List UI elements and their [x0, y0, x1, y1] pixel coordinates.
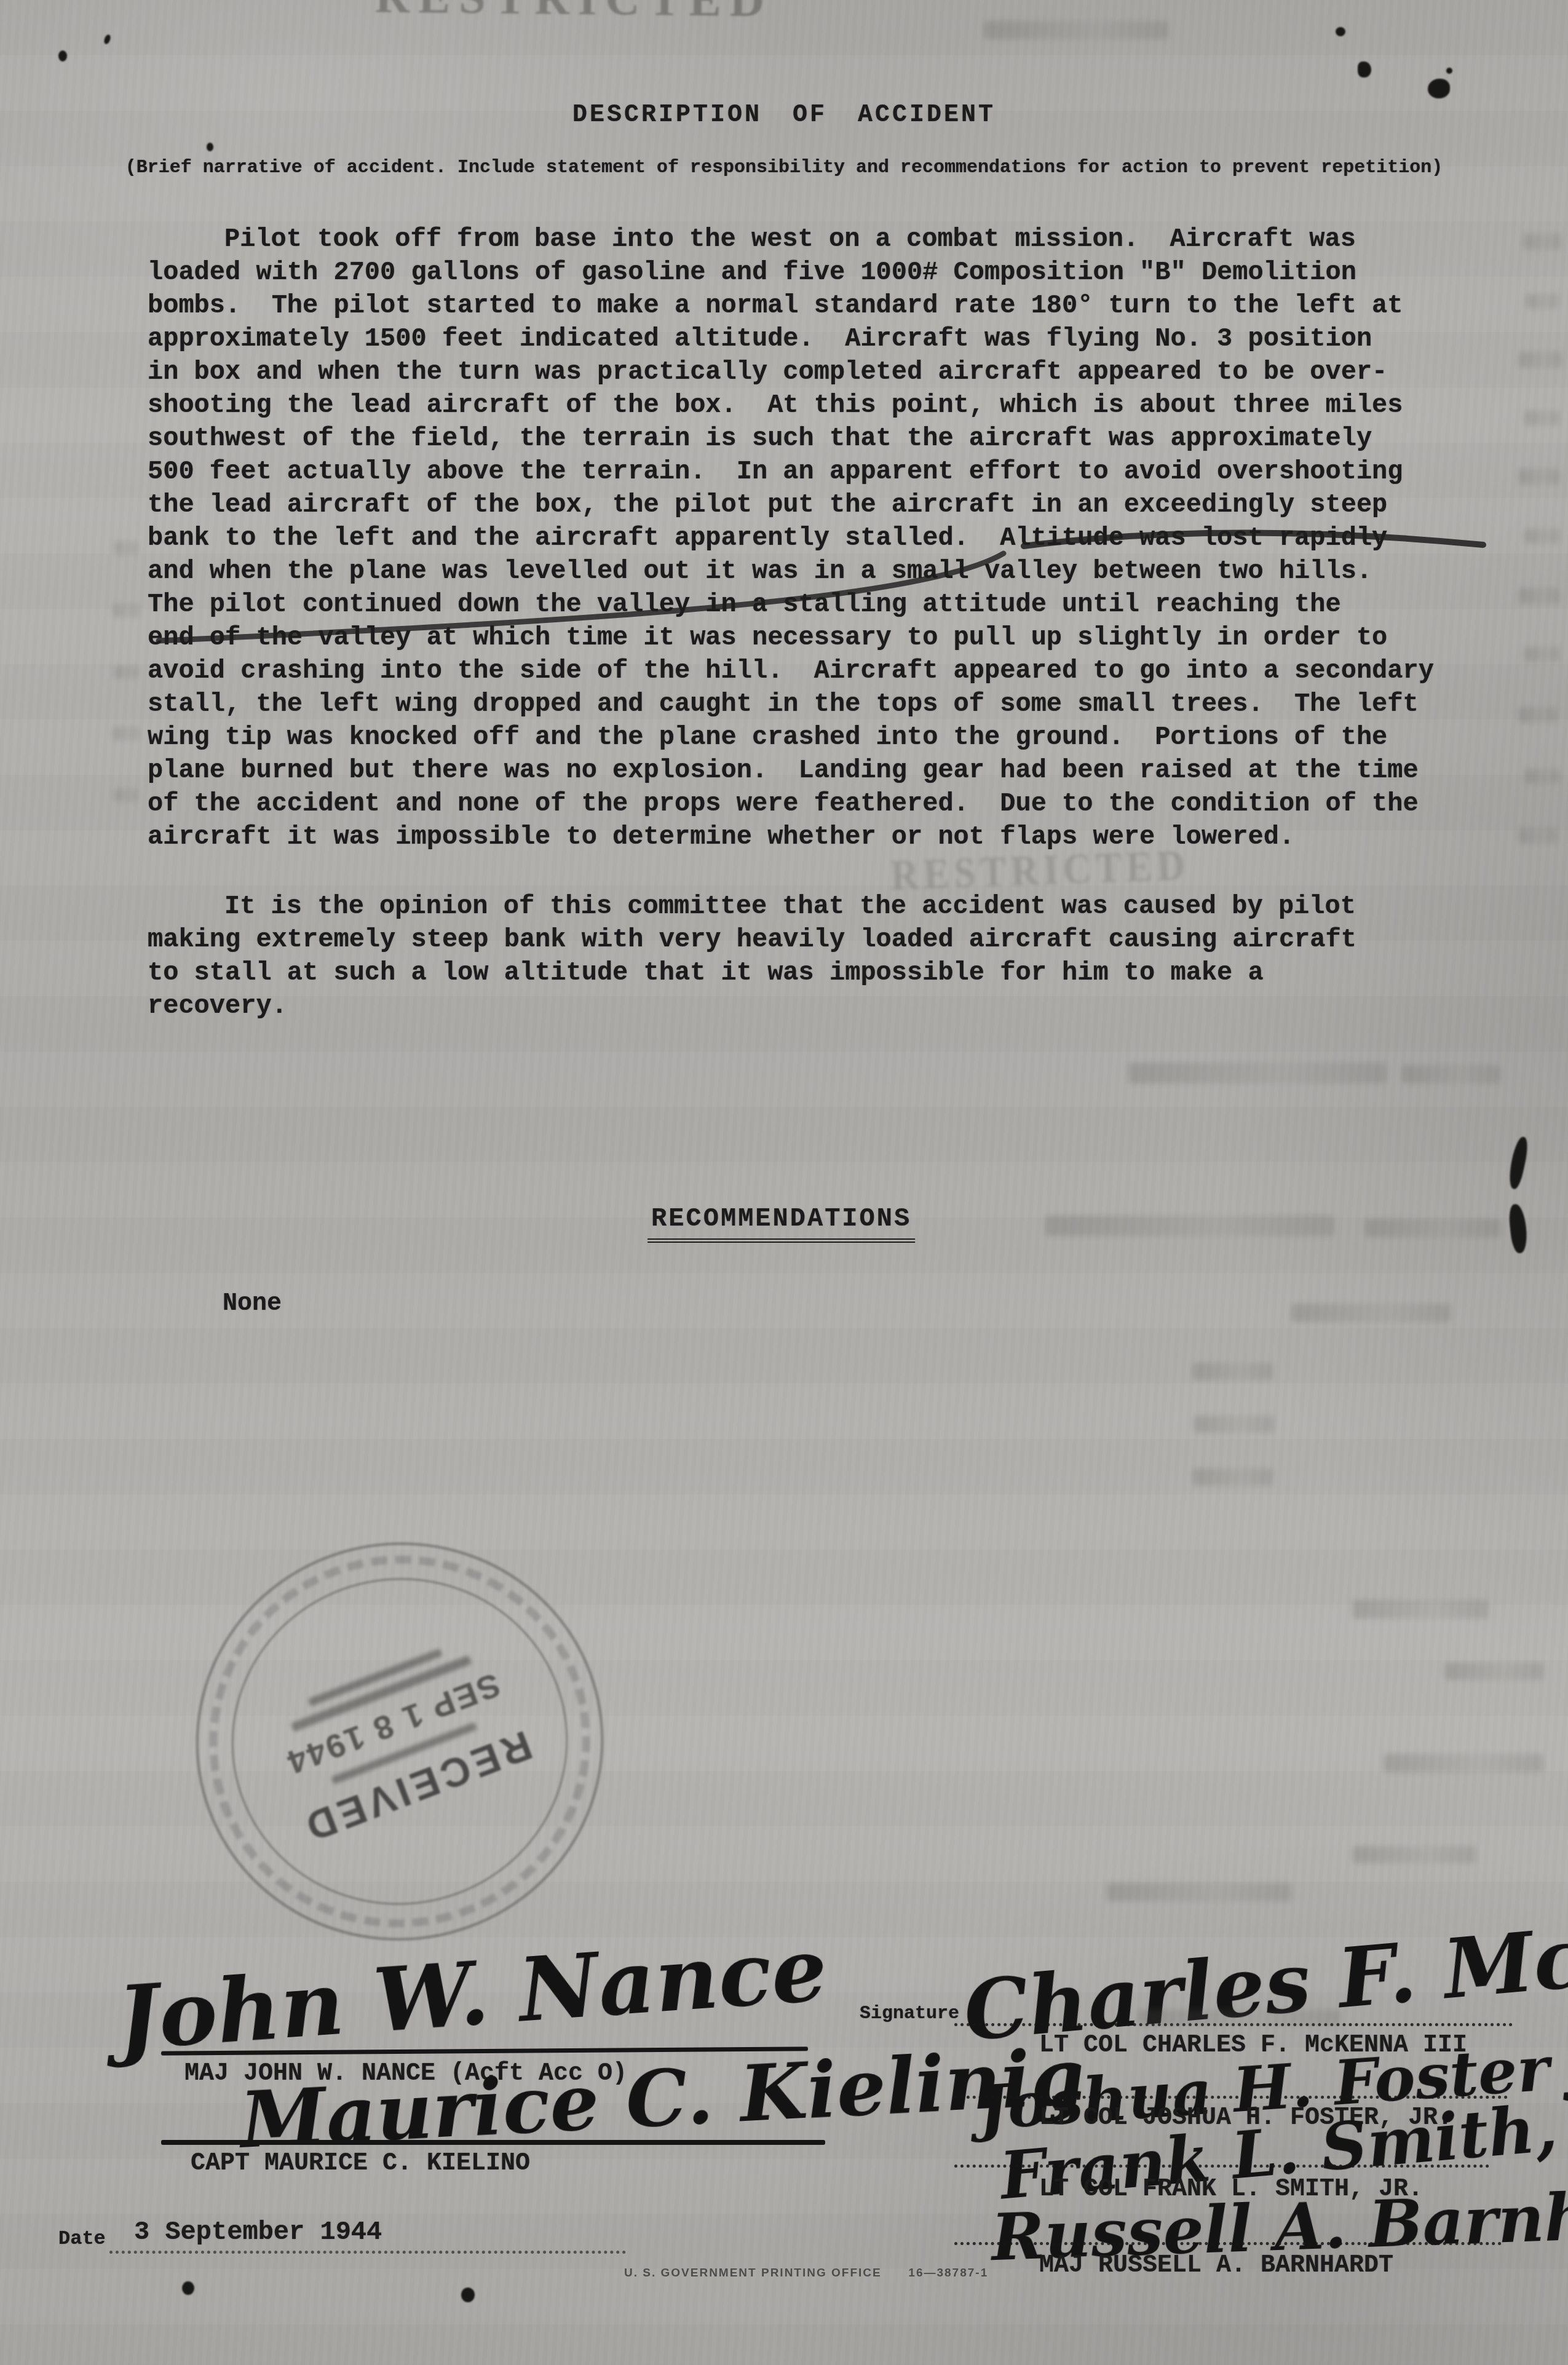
typed-name-kielinig: CAPT MAURICE C. KIELINO: [191, 2150, 530, 2177]
bleed-through-mark: [1525, 529, 1559, 544]
bleed-through-mark: [1445, 1663, 1543, 1680]
bleed-through-mark: [1524, 234, 1561, 250]
printing-office-line: U. S. GOVERNMENT PRINTING OFFICE 16—3878…: [624, 2267, 988, 2280]
ink-blob: [1508, 1203, 1529, 1254]
date-label: Date: [58, 2227, 106, 2250]
ink-speck: [58, 50, 67, 61]
narrative-line: It is the opinion of this committee that…: [148, 890, 1494, 923]
bleed-through-mark: [1402, 1065, 1500, 1083]
narrative-line: bombs. The pilot started to make a norma…: [148, 289, 1494, 322]
ink-speck: [1358, 61, 1371, 77]
bleed-through-mark: [114, 541, 138, 555]
page-subtitle: (Brief narrative of accident. Include st…: [0, 157, 1568, 178]
narrative-line: loaded with 2700 gallons of gasoline and…: [148, 256, 1494, 289]
narrative-line: the lead aircraft of the box, the pilot …: [148, 488, 1494, 521]
typed-name-barnhardt: MAJ RUSSELL A. BARNHARDT: [1039, 2252, 1393, 2280]
scanned-accident-report-page: RESTRICTED RESTRICTED DESCRIPTION OF ACC…: [0, 0, 1568, 2365]
bleed-through-mark: [1519, 828, 1557, 844]
bleed-through-mark: [1525, 647, 1559, 662]
narrative-line: wing tip was knocked off and the plane c…: [148, 721, 1494, 754]
bleed-through-mark: [1526, 294, 1558, 309]
ink-speck: [182, 2281, 194, 2295]
narrative-line: making extremely steep bank with very he…: [148, 923, 1494, 956]
bleed-through-mark: [1519, 352, 1562, 368]
narrative-line: bank to the left and the aircraft appare…: [148, 521, 1494, 555]
narrative-line: in box and when the turn was practically…: [148, 355, 1494, 389]
bleed-through-mark: [1365, 1219, 1500, 1237]
signature-dotted-rule: [954, 2165, 1489, 2168]
narrative-paragraph-2: It is the opinion of this committee that…: [148, 890, 1494, 1023]
bleed-through-mark: [1519, 707, 1557, 723]
bleed-through-mark: [114, 788, 138, 802]
narrative-line: avoid crashing into the side of the hill…: [148, 654, 1494, 687]
page-title: DESCRIPTION OF ACCIDENT: [0, 101, 1568, 129]
bleed-through-mark: [1193, 1363, 1273, 1380]
bleed-through-mark: [1384, 1754, 1543, 1772]
narrative-line: stall, the left wing dropped and caught …: [148, 687, 1494, 721]
date-dotted-rule: [109, 2251, 626, 2254]
narrative-line: aircraft it was impossible to determine …: [148, 820, 1494, 854]
overstamp-bleed: [1138, 2010, 1340, 2026]
bleed-through-mark: [1353, 1600, 1488, 1618]
bleed-through-mark: [113, 604, 139, 617]
recommendations-heading: RECOMMENDATIONS: [647, 1204, 915, 1243]
bleed-through-mark: [1353, 1846, 1476, 1863]
narrative-line: approximately 1500 feet indicated altitu…: [148, 322, 1494, 355]
ink-blob: [1506, 1136, 1530, 1190]
bleed-through-mark: [1128, 1063, 1387, 1083]
signature-dotted-rule: [954, 2242, 1502, 2245]
received-stamp: RECEIVED SEP 1 8 1944: [167, 1513, 632, 1970]
signature-rule: [161, 2140, 825, 2145]
narrative-line: The pilot continued down the valley in a…: [148, 588, 1494, 621]
signature-label: Signature: [860, 2003, 959, 2024]
bleed-through-mark: [1194, 1416, 1274, 1433]
bleed-through-mark: [1193, 1468, 1273, 1486]
ink-speck: [207, 143, 213, 151]
restricted-watermark-top: RESTRICTED: [375, 0, 774, 28]
ink-speck: [103, 34, 112, 45]
bleed-through-mark: [1519, 469, 1559, 485]
bleed-through-mark: [1291, 1304, 1451, 1322]
recommendations-body: None: [223, 1290, 282, 1318]
bleed-through-mark: [1519, 588, 1559, 604]
narrative-line: plane burned but there was no explosion.…: [148, 754, 1494, 787]
stamp-content: RECEIVED SEP 1 8 1944: [189, 1533, 611, 1950]
narrative-line: 500 feet actually above the terrain. In …: [148, 455, 1494, 488]
ink-speck: [1428, 79, 1450, 98]
bleed-through-mark: [113, 727, 139, 740]
ink-speck: [1336, 27, 1345, 36]
bleed-through-mark: [984, 21, 1168, 39]
bleed-through-mark: [1525, 769, 1559, 783]
narrative-line: shooting the lead aircraft of the box. A…: [148, 389, 1494, 422]
narrative-line: of the accident and none of the props we…: [148, 787, 1494, 820]
narrative-line: end of the valley at which time it was n…: [148, 621, 1494, 654]
narrative-line: recovery.: [148, 989, 1494, 1023]
narrative-line: southwest of the field, the terrain is s…: [148, 422, 1494, 455]
narrative-paragraph-1: Pilot took off from base into the west o…: [148, 223, 1494, 854]
bleed-through-mark: [114, 665, 138, 679]
date-value: 3 September 1944: [134, 2217, 382, 2247]
narrative-line: to stall at such a low altitude that it …: [148, 956, 1494, 989]
narrative-line: and when the plane was levelled out it w…: [148, 555, 1494, 588]
ink-speck: [1446, 68, 1452, 74]
bleed-through-mark: [1107, 1883, 1291, 1901]
bleed-through-mark: [1045, 1215, 1334, 1236]
ink-speck: [461, 2288, 475, 2302]
bleed-through-mark: [1525, 411, 1559, 426]
narrative-line: Pilot took off from base into the west o…: [148, 223, 1494, 256]
signature-dotted-rule: [954, 2096, 1508, 2099]
